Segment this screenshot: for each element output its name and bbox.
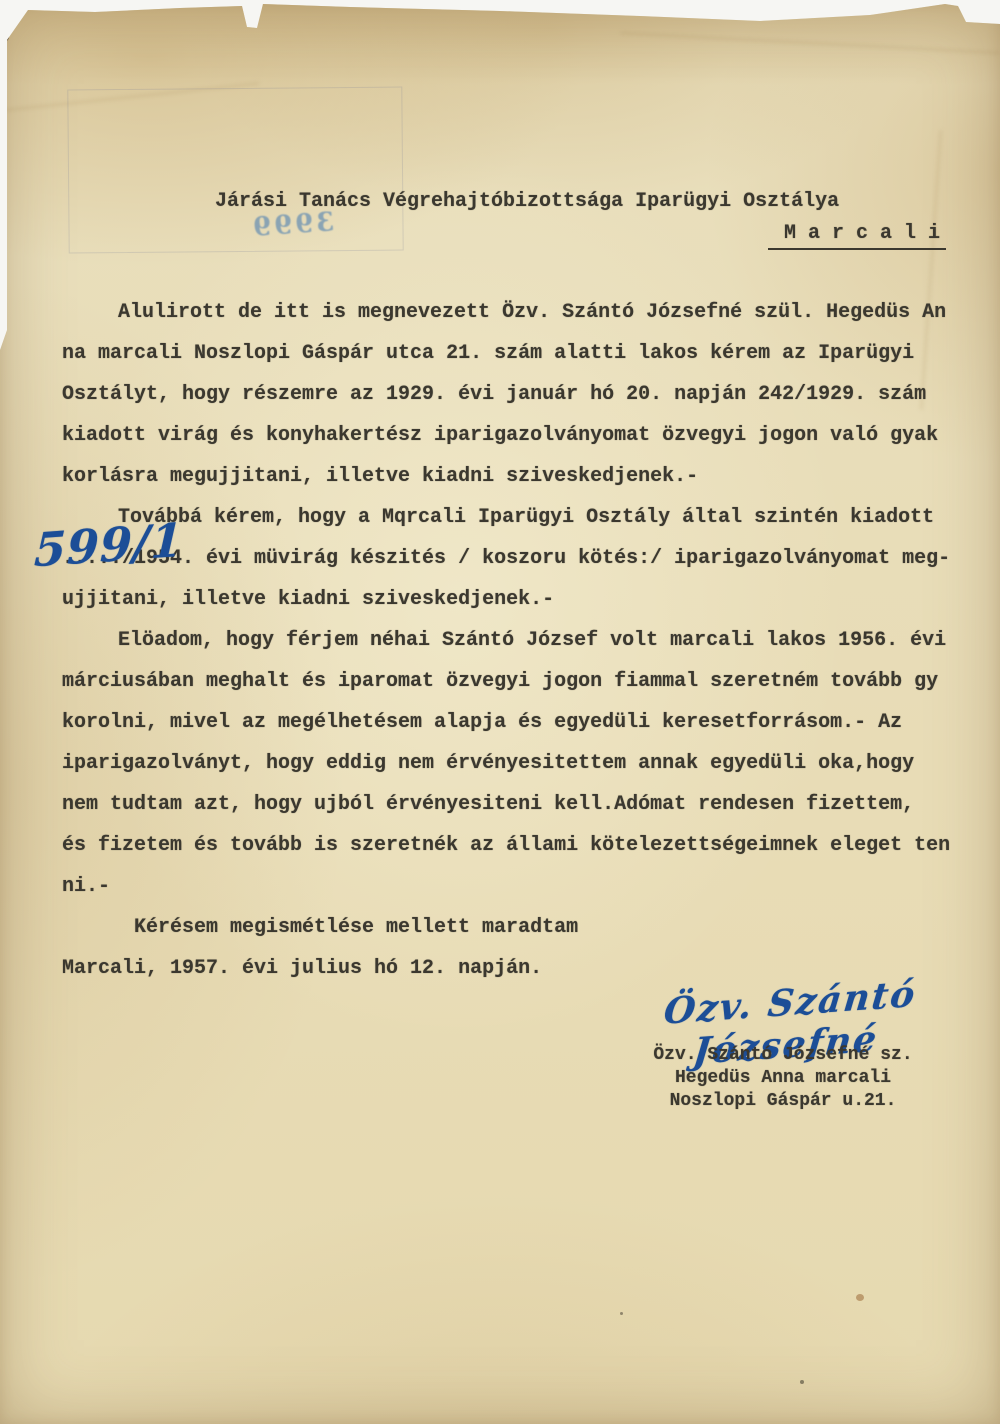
typed-signature-block: Özv. Szántó Józsefné sz. Hegedüs Anna ma…	[628, 1044, 938, 1113]
paper-speck	[856, 1294, 864, 1301]
letter-line: Osztályt, hogy részemre az 1929. évi jan…	[62, 374, 952, 415]
letter-line: na marcali Noszlopi Gáspár utca 21. szám…	[62, 333, 952, 374]
city-underlined-text: M a r c a l i	[768, 222, 946, 250]
paper-crease	[620, 32, 1000, 54]
scanned-letter-page: { "header": { "office": "Járási Tanács V…	[0, 0, 1000, 1424]
addressee-city: M a r c a l i	[768, 222, 946, 250]
paper-speck	[2, 33, 9, 41]
letter-line: márciusában meghalt és iparomat özvegyi …	[62, 661, 952, 702]
signature-address-line: Noszlopi Gáspár u.21.	[628, 1090, 938, 1113]
letter-line: Továbbá kérem, hogy a Mqrcali Iparügyi O…	[62, 497, 952, 538]
letter-line: Elöadom, hogy férjem néhai Szántó József…	[62, 620, 952, 661]
letter-line: korolni, mivel az megélhetésem alapja és…	[62, 702, 952, 743]
letter-body: Alulirott de itt is megnevezett Özv. Szá…	[62, 292, 952, 989]
letter-line: kiadott virág és konyhakertész iparigazo…	[62, 415, 952, 456]
letter-line: iparigazolványt, hogy eddig nem érvényes…	[62, 743, 952, 784]
signature-name-line: Özv. Szántó Józsefné sz.	[628, 1044, 938, 1067]
letter-line: ujjitani, illetve kiadni sziveskedjenek.…	[62, 579, 952, 620]
letter-line: ni.-	[62, 866, 952, 907]
letter-line: ...../1954. évi müvirág készités / koszo…	[62, 538, 952, 579]
letter-line: nem tudtam azt, hogy ujból érvényesiteni…	[62, 784, 952, 825]
letter-line: korlásra megujjitani, illetve kiadni szi…	[62, 456, 952, 497]
letter-line: és fizetem és tovább is szeretnék az áll…	[62, 825, 952, 866]
signature-maiden-line: Hegedüs Anna marcali	[628, 1067, 938, 1090]
closing-line: Kérésem megismétlése mellett maradtam	[62, 907, 952, 948]
paper-speck	[620, 1312, 623, 1315]
handwritten-case-number: 599/1	[33, 513, 184, 578]
ink-bleed-number: 3999	[249, 207, 335, 243]
faint-stamp-impression	[67, 87, 403, 254]
letter-line: Alulirott de itt is megnevezett Özv. Szá…	[62, 292, 952, 333]
paper-speck	[800, 1380, 804, 1384]
